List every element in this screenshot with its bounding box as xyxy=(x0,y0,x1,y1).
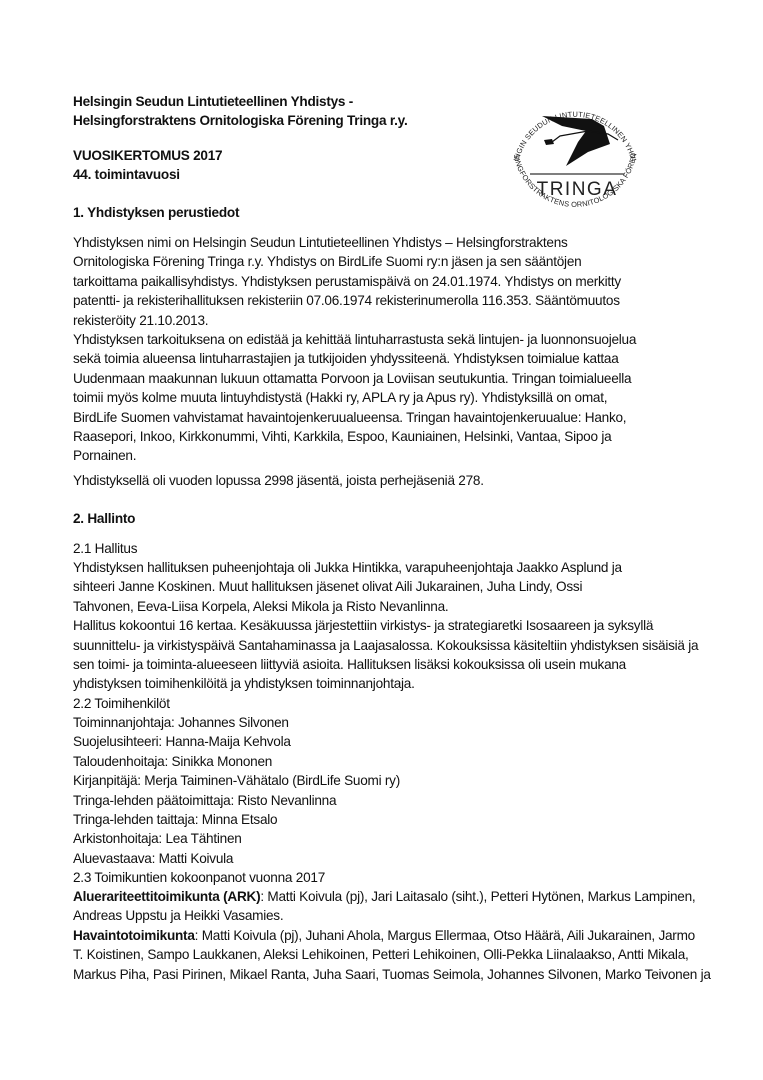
staff-item: Taloudenhoitaja: Sinikka Mononen xyxy=(73,752,713,771)
staff-item: Kirjanpitäjä: Merja Taiminen-Vähätalo (B… xyxy=(73,771,713,790)
subsection-2-3-heading: 2.3 Toimikuntien kokoonpanot vuonna 2017 xyxy=(73,868,325,887)
subsection-2-2-staff-list: Toiminnanjohtaja: Johannes Silvonen Suoj… xyxy=(73,713,713,868)
report-subtitle: 44. toimintavuosi xyxy=(73,165,180,184)
text-line: tarkoittama paikallisyhdistys. Yhdistyks… xyxy=(73,272,713,291)
subsection-2-1-heading: 2.1 Hallitus xyxy=(73,539,137,558)
text-line: BirdLife Suomen vahvistamat havaintojenk… xyxy=(73,408,713,427)
subsection-2-2-heading: 2.2 Toimihenkilöt xyxy=(73,694,170,713)
section1-membership: Yhdistyksellä oli vuoden lopussa 2998 jä… xyxy=(73,471,484,490)
ark-committee-line1: Aluerariteettitoimikunta (ARK): Matti Ko… xyxy=(73,887,713,906)
text-line: Yhdistyksen tarkoituksena on edistää ja … xyxy=(73,330,713,349)
logo-wordmark: TRINGA xyxy=(537,179,618,200)
text-line: : Matti Koivula (pj), Jari Laitasalo (si… xyxy=(260,889,695,904)
text-line: rekisteröity 21.10.2013. xyxy=(73,311,713,330)
text-line: sihteeri Janne Koskinen. Muut hallitukse… xyxy=(73,577,713,596)
staff-item: Toiminnanjohtaja: Johannes Silvonen xyxy=(73,713,713,732)
text-line: Hallitus kokoontui 16 kertaa. Kesäkuussa… xyxy=(73,616,713,635)
text-line: sekä toimia alueensa lintuharrastajien j… xyxy=(73,349,713,368)
text-line: Uudenmaan maakunnan lukuun ottamatta Por… xyxy=(73,369,713,388)
text-line: toimii myös kolme muuta lintuyhdistystä … xyxy=(73,388,713,407)
text-line: T. Koistinen, Sampo Laukkanen, Aleksi Le… xyxy=(73,945,713,964)
text-line: Tahvonen, Eeva-Liisa Korpela, Aleksi Mik… xyxy=(73,597,713,616)
text-line: Pornainen. xyxy=(73,446,713,465)
text-line: suunnittelu- ja virkistyspäivä Santahami… xyxy=(73,636,713,655)
section1-paragraph1: Yhdistyksen nimi on Helsingin Seudun Lin… xyxy=(73,233,713,330)
ark-committee-label: Aluerariteettitoimikunta (ARK) xyxy=(73,889,260,904)
text-line: : Matti Koivula (pj), Juhani Ahola, Marg… xyxy=(195,928,695,943)
staff-item: Tringa-lehden päätoimittaja: Risto Nevan… xyxy=(73,791,713,810)
text-line: Andreas Uppstu ja Heikki Vasamies. xyxy=(73,906,713,925)
text-line: Raasepori, Inkoo, Kirkkonummi, Vihti, Ka… xyxy=(73,427,713,446)
section1-paragraph2: Yhdistyksen tarkoituksena on edistää ja … xyxy=(73,330,713,466)
text-line: patentti- ja rekisterihallituksen rekist… xyxy=(73,291,713,310)
staff-item: Arkistonhoitaja: Lea Tähtinen xyxy=(73,829,713,848)
tringa-bird-logo-icon: HELSINGIN SEUDUN LINTUTIETEELLINEN YHDIS… xyxy=(500,86,650,236)
hav-committee-label: Havaintotoimikunta xyxy=(73,928,195,943)
text-line: Ornitologiska Förening Tringa r.y. Yhdis… xyxy=(73,252,713,271)
hav-committee-line1: Havaintotoimikunta: Matti Koivula (pj), … xyxy=(73,926,713,945)
text-line: sen toimi- ja toiminta-alueeseen liittyv… xyxy=(73,655,713,674)
text-line: Markus Piha, Pasi Pirinen, Mikael Ranta,… xyxy=(73,965,713,984)
staff-item: Suojelusihteeri: Hanna-Maija Kehvola xyxy=(73,732,713,751)
report-title: VUOSIKERTOMUS 2017 xyxy=(73,146,222,165)
section1-heading: 1. Yhdistyksen perustiedot xyxy=(73,203,239,222)
org-name-line1: Helsingin Seudun Lintutieteellinen Yhdis… xyxy=(73,92,353,111)
org-name-line2: Helsingforstraktens Ornitologiska Föreni… xyxy=(73,111,407,130)
text-line: Yhdistyksen nimi on Helsingin Seudun Lin… xyxy=(73,233,713,252)
text-line: Yhdistyksen hallituksen puheenjohtaja ol… xyxy=(73,558,713,577)
text-line: yhdistyksen toimihenkilöitä ja yhdistyks… xyxy=(73,674,713,693)
staff-item: Aluevastaava: Matti Koivula xyxy=(73,849,713,868)
subsection-2-3-committees: Aluerariteettitoimikunta (ARK): Matti Ko… xyxy=(73,887,713,984)
document-page: Helsingin Seudun Lintutieteellinen Yhdis… xyxy=(0,0,763,1080)
subsection-2-1-body: Yhdistyksen hallituksen puheenjohtaja ol… xyxy=(73,558,713,694)
section2-heading: 2. Hallinto xyxy=(73,509,135,528)
staff-item: Tringa-lehden taittaja: Minna Etsalo xyxy=(73,810,713,829)
